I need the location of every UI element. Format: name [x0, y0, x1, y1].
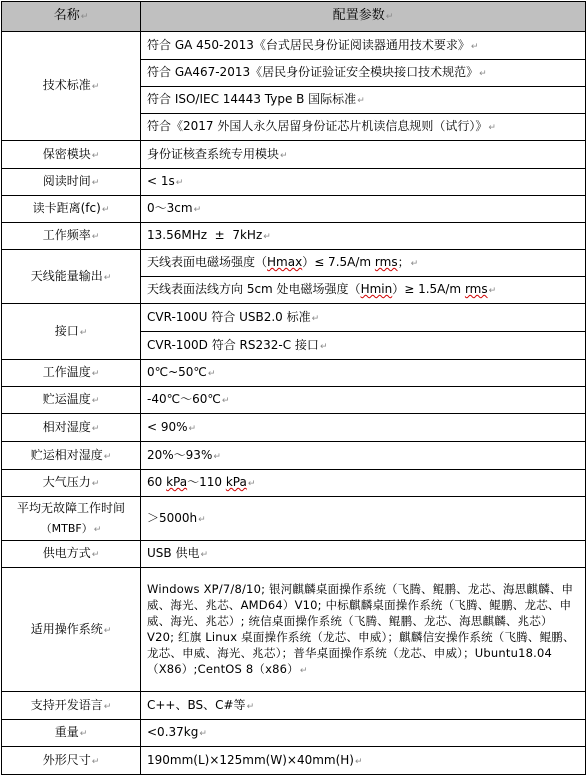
- cell-text: CVR-100D 符合 RS232-C 接口: [147, 338, 319, 352]
- cell-label: 平均无故障工作时间: [8, 498, 134, 518]
- cell-text: ；: [398, 255, 410, 269]
- row-value: 0℃~50℃↵: [141, 360, 586, 387]
- paragraph-mark-icon: ↵: [199, 729, 207, 739]
- cell-text: -40℃～60℃: [147, 392, 221, 406]
- spellcheck-word: Hmin: [361, 282, 393, 296]
- row-value: 身份证核查系统专用模块↵: [141, 141, 586, 169]
- paragraph-mark-icon: ↵: [312, 314, 320, 324]
- cell-text: ＞5000h: [147, 511, 197, 525]
- paragraph-mark-icon: ↵: [280, 151, 288, 161]
- table-row: 天线能量输出↵ 天线表面电磁场强度（Hmax）≤ 7.5A/m rms；↵: [2, 250, 586, 277]
- cell-text: 0～3cm: [147, 201, 193, 215]
- cell-text: 60: [147, 475, 166, 489]
- table-row: 平均无故障工作时间（MTBF）↵ ＞5000h↵: [2, 497, 586, 541]
- cell-label: 重量: [55, 725, 79, 739]
- cell-text: CVR-100U 符合 USB2.0 标准: [147, 310, 311, 324]
- row-value: 天线表面法线方向 5cm 处电磁场强度（Hmin）≥ 1.5A/m rms↵: [141, 277, 586, 304]
- header-value: 配置参数↵: [141, 2, 586, 32]
- cell-label: 技术标准: [43, 78, 91, 92]
- row-value: 13.56MHz ± 7kHz↵: [141, 223, 586, 250]
- cell-label: 天线能量输出: [31, 269, 103, 283]
- paragraph-mark-icon: ↵: [104, 626, 112, 636]
- paragraph-mark-icon: ↵: [92, 232, 100, 242]
- row-value: < 90%↵: [141, 414, 586, 442]
- row-value: 天线表面电磁场强度（Hmax）≤ 7.5A/m rms；↵: [141, 250, 586, 277]
- spec-table: 名称↵ 配置参数↵ 技术标准↵ 符合 GA 450-2013《台式居民身份证阅读…: [1, 1, 586, 775]
- row-name-frequency: 工作频率↵: [2, 223, 141, 250]
- cell-text: 190mm(L)×125mm(W)×40mm(H): [147, 753, 354, 767]
- paragraph-mark-icon: ↵: [92, 82, 100, 92]
- row-value: USB 供电↵: [141, 541, 586, 568]
- cell-label: 相对湿度: [43, 420, 91, 434]
- paragraph-mark-icon: ↵: [247, 702, 255, 712]
- paragraph-mark-icon: ↵: [104, 702, 112, 712]
- header-row: 名称↵ 配置参数↵: [2, 2, 586, 32]
- row-name-antenna-output: 天线能量输出↵: [2, 250, 141, 304]
- row-value: 0～3cm↵: [141, 196, 586, 223]
- row-name-weight: 重量↵: [2, 720, 141, 747]
- table-row: 支持开发语言↵ C++、BS、C#等↵: [2, 692, 586, 720]
- paragraph-mark-icon: ↵: [92, 178, 100, 188]
- row-value: 190mm(L)×125mm(W)×40mm(H)↵: [141, 747, 586, 775]
- paragraph-mark-icon: ↵: [489, 286, 497, 296]
- paragraph-mark-icon: ↵: [102, 205, 110, 215]
- cell-label: 大气压力: [43, 475, 91, 489]
- cell-text: USB 供电: [147, 546, 199, 560]
- row-value: < 1s↵: [141, 169, 586, 196]
- cell-label: 支持开发语言: [31, 698, 103, 712]
- paragraph-mark-icon: ↵: [386, 12, 394, 22]
- paragraph-mark-icon: ↵: [92, 151, 100, 161]
- row-name-humidity: 相对湿度↵: [2, 414, 141, 442]
- paragraph-mark-icon: ↵: [222, 396, 230, 406]
- table-row: 工作温度↵ 0℃~50℃↵: [2, 360, 586, 387]
- table-row: 读卡距离(fc)↵ 0～3cm↵: [2, 196, 586, 223]
- row-value: ＞5000h↵: [141, 497, 586, 541]
- row-name-power: 供电方式↵: [2, 541, 141, 568]
- paragraph-mark-icon: ↵: [263, 232, 271, 242]
- spellcheck-word: kPa: [166, 475, 187, 489]
- spellcheck-word: rms: [375, 255, 398, 269]
- spellcheck-word: rms: [465, 282, 488, 296]
- paragraph-mark-icon: ↵: [320, 342, 328, 352]
- paragraph-mark-icon: ↵: [198, 515, 206, 525]
- cell-text: 0℃~50℃: [147, 365, 207, 379]
- table-row: 技术标准↵ 符合 GA 450-2013《台式居民身份证阅读器通用技术要求》↵: [2, 32, 586, 60]
- table-row: 相对湿度↵ < 90%↵: [2, 414, 586, 442]
- paragraph-mark-icon: ↵: [200, 550, 208, 560]
- cell-label: 供电方式: [43, 546, 91, 560]
- table-row: 保密模块↵ 身份证核查系统专用模块↵: [2, 141, 586, 169]
- paragraph-mark-icon: ↵: [488, 123, 496, 133]
- paragraph-mark-icon: ↵: [80, 328, 88, 338]
- paragraph-mark-icon: ↵: [92, 369, 100, 379]
- paragraph-mark-icon: ↵: [104, 452, 112, 462]
- cell-text: ～110: [187, 475, 226, 489]
- paragraph-mark-icon: ↵: [81, 12, 89, 22]
- paragraph-mark-icon: ↵: [208, 369, 216, 379]
- row-name-security-module: 保密模块↵: [2, 141, 141, 169]
- cell-text: 符合 GA 450-2013《台式居民身份证阅读器通用技术要求》: [147, 38, 470, 52]
- cell-label: 贮运温度: [43, 392, 91, 406]
- paragraph-mark-icon: ↵: [213, 452, 221, 462]
- cell-text: Windows XP/7/8/10; 银河麒麟桌面操作系统（飞腾、鲲鹏、龙芯、海…: [147, 582, 575, 676]
- paragraph-mark-icon: ↵: [80, 729, 88, 739]
- paragraph-mark-icon: ↵: [92, 479, 100, 489]
- row-name-operating-temp: 工作温度↵: [2, 360, 141, 387]
- table-row: 重量↵ <0.37kg↵: [2, 720, 586, 747]
- cell-label: 适用操作系统: [31, 622, 103, 636]
- row-value: CVR-100D 符合 RS232-C 接口↵: [141, 332, 586, 360]
- cell-text: C++、BS、C#等: [147, 698, 246, 712]
- row-name-storage-temp: 贮运温度↵: [2, 387, 141, 414]
- cell-text: 符合 GA467-2013《居民身份证验证安全模块接口技术规范》: [147, 65, 478, 79]
- table-row: 贮运相对湿度↵ 20%～93%↵: [2, 442, 586, 470]
- cell-label: （MTBF）: [41, 522, 93, 535]
- cell-label: 保密模块: [43, 147, 91, 161]
- cell-label: 阅读时间: [43, 174, 91, 188]
- row-value: -40℃～60℃↵: [141, 387, 586, 414]
- paragraph-mark-icon: ↵: [189, 424, 197, 434]
- paragraph-mark-icon: ↵: [194, 205, 202, 215]
- row-name-dimensions: 外形尺寸↵: [2, 747, 141, 775]
- paragraph-mark-icon: ↵: [104, 273, 112, 283]
- cell-text: ）≤ 7.5A/m: [302, 255, 375, 269]
- spellcheck-word: Hmax: [267, 255, 302, 269]
- cell-text: < 1s: [147, 174, 175, 188]
- spellcheck-word: kPa: [226, 475, 247, 489]
- row-value: CVR-100U 符合 USB2.0 标准↵: [141, 304, 586, 332]
- cell-label: 贮运相对湿度: [31, 448, 103, 462]
- cell-text: <0.37kg: [147, 725, 198, 739]
- paragraph-mark-icon: ↵: [357, 96, 365, 106]
- row-value: 60 kPa～110 kPa↵: [141, 470, 586, 497]
- cell-label: 工作温度: [43, 365, 91, 379]
- row-name-read-time: 阅读时间↵: [2, 169, 141, 196]
- row-value: 符合 GA467-2013《居民身份证验证安全模块接口技术规范》↵: [141, 60, 586, 87]
- row-value: C++、BS、C#等↵: [141, 692, 586, 720]
- cell-text: < 90%: [147, 420, 188, 434]
- cell-text: 符合 ISO/IEC 14443 Type B 国际标准: [147, 92, 356, 106]
- cell-text: 13.56MHz ± 7kHz: [147, 228, 262, 242]
- row-value: <0.37kg↵: [141, 720, 586, 747]
- row-value: Windows XP/7/8/10; 银河麒麟桌面操作系统（飞腾、鲲鹏、龙芯、海…: [141, 568, 586, 692]
- paragraph-mark-icon: ↵: [411, 259, 419, 269]
- cell-text: 天线表面法线方向 5cm 处电磁场强度（: [147, 282, 361, 296]
- row-value: 20%～93%↵: [141, 442, 586, 470]
- cell-label: 外形尺寸: [43, 753, 91, 767]
- table-row: 外形尺寸↵ 190mm(L)×125mm(W)×40mm(H)↵: [2, 747, 586, 775]
- paragraph-mark-icon: ↵: [92, 550, 100, 560]
- paragraph-mark-icon: ↵: [355, 757, 363, 767]
- row-name-read-distance: 读卡距离(fc)↵: [2, 196, 141, 223]
- paragraph-mark-icon: ↵: [92, 396, 100, 406]
- header-name-label: 名称: [54, 8, 80, 23]
- row-name-languages: 支持开发语言↵: [2, 692, 141, 720]
- table-row: 贮运温度↵ -40℃～60℃↵: [2, 387, 586, 414]
- row-name-pressure: 大气压力↵: [2, 470, 141, 497]
- cell-label: 接口: [55, 324, 79, 338]
- table-row: 适用操作系统↵ Windows XP/7/8/10; 银河麒麟桌面操作系统（飞腾…: [2, 568, 586, 692]
- row-name-mtbf: 平均无故障工作时间（MTBF）↵: [2, 497, 141, 541]
- paragraph-mark-icon: ↵: [176, 178, 184, 188]
- row-name-storage-humidity: 贮运相对湿度↵: [2, 442, 141, 470]
- table-row: 大气压力↵ 60 kPa～110 kPa↵: [2, 470, 586, 497]
- table-row: 接口↵ CVR-100U 符合 USB2.0 标准↵: [2, 304, 586, 332]
- row-name-os: 适用操作系统↵: [2, 568, 141, 692]
- row-value: 符合《2017 外国人永久居留身份证芯片机读信息规则（试行）》↵: [141, 114, 586, 141]
- row-name-interface: 接口↵: [2, 304, 141, 360]
- paragraph-mark-icon: ↵: [92, 424, 100, 434]
- cell-text: 天线表面电磁场强度（: [147, 255, 267, 269]
- row-value: 符合 ISO/IEC 14443 Type B 国际标准↵: [141, 87, 586, 114]
- cell-text: 20%～93%: [147, 448, 212, 462]
- paragraph-mark-icon: ↵: [471, 42, 479, 52]
- cell-text: ）≥ 1.5A/m: [392, 282, 465, 296]
- cell-label: 工作频率: [43, 228, 91, 242]
- row-name-tech-standard: 技术标准↵: [2, 32, 141, 141]
- table-row: 工作频率↵ 13.56MHz ± 7kHz↵: [2, 223, 586, 250]
- paragraph-mark-icon: ↵: [92, 757, 100, 767]
- paragraph-mark-icon: ↵: [479, 69, 487, 79]
- paragraph-mark-icon: ↵: [300, 666, 308, 676]
- table-row: 供电方式↵ USB 供电↵: [2, 541, 586, 568]
- cell-text: 身份证核查系统专用模块: [147, 147, 279, 161]
- paragraph-mark-icon: ↵: [248, 479, 256, 489]
- cell-label: 读卡距离(fc): [33, 201, 101, 215]
- header-value-label: 配置参数: [333, 8, 385, 23]
- header-name: 名称↵: [2, 2, 141, 32]
- cell-text: 符合《2017 外国人永久居留身份证芯片机读信息规则（试行）》: [147, 119, 487, 133]
- table-row: 阅读时间↵ < 1s↵: [2, 169, 586, 196]
- paragraph-mark-icon: ↵: [94, 525, 102, 535]
- row-value: 符合 GA 450-2013《台式居民身份证阅读器通用技术要求》↵: [141, 32, 586, 60]
